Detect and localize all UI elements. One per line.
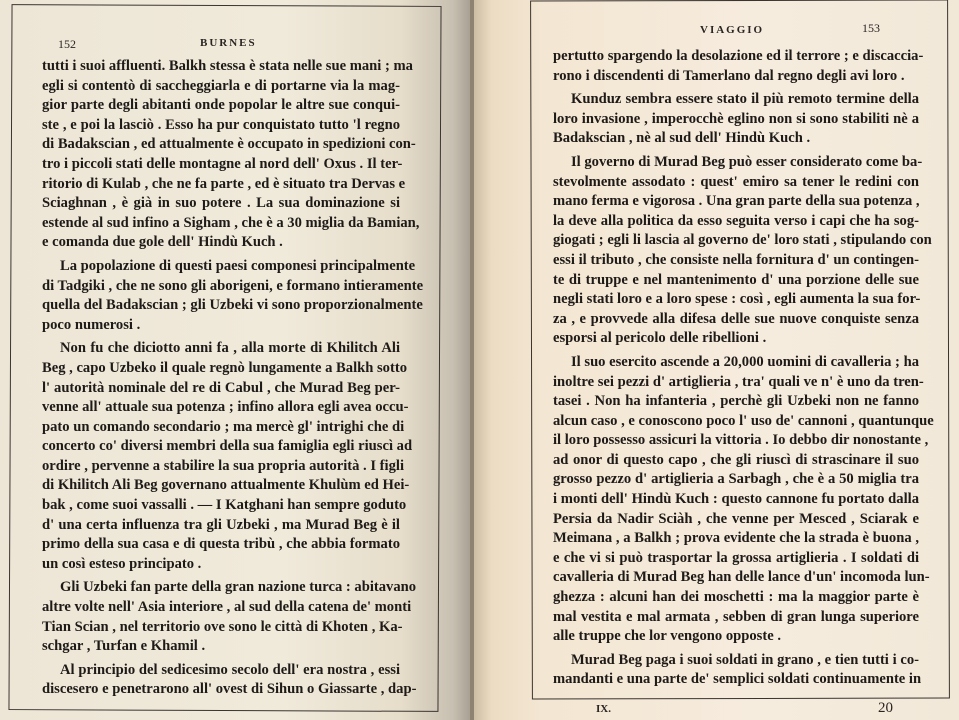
- text-line: giogati ; egli li lascia al governo de' …: [553, 231, 919, 251]
- text-line: egli si contentò di saccheggiarla e di p…: [42, 77, 400, 97]
- paragraph: Non fu che diciotto anni fa , alla morte…: [42, 339, 400, 574]
- text-line: schgar , Turfan e Khamil .: [42, 637, 400, 657]
- right-page-number: 153: [862, 21, 880, 36]
- text-line: mandanti e una parte de' semplici soldat…: [553, 670, 919, 690]
- book-spread: 152 BURNES VIAGGIO 153 tutti i suoi affl…: [0, 0, 959, 720]
- text-line: Beg , capo Uzbeko il quale regnò lungame…: [42, 359, 400, 379]
- text-line: estende al sud infino a Sigham , che è a…: [42, 214, 400, 234]
- text-line: bak , come suoi vassalli . — I Katghani …: [42, 496, 400, 516]
- paragraph: Il governo di Murad Beg può esser consid…: [553, 153, 919, 349]
- text-line: di Khilitch Ali Beg governano attualment…: [42, 476, 400, 496]
- text-line: Il suo esercito ascende a 20,000 uomini …: [553, 353, 919, 373]
- sheet-number: 20: [878, 700, 893, 717]
- text-line: Non fu che diciotto anni fa , alla morte…: [42, 339, 400, 359]
- left-page-body: tutti i suoi affluenti. Balkh stessa è s…: [42, 57, 400, 700]
- book-gutter: [470, 0, 474, 720]
- text-line: ghezza : alcuni han dei moschetti : ma l…: [553, 588, 919, 608]
- text-line: Meimana , a Balkh ; prova evidente che l…: [553, 529, 919, 549]
- left-page-number: 152: [58, 37, 76, 52]
- text-line: di Tadgiki , che ne sono gli aborigeni, …: [42, 277, 400, 297]
- text-line: alle truppe che lor vengono opposte .: [553, 627, 919, 647]
- text-line: altre volte nell' Asia interiore , al su…: [42, 598, 400, 618]
- text-line: pato un comando secondario ; ma mercè gl…: [42, 418, 400, 438]
- text-line: Al principio del sedicesimo secolo dell'…: [42, 661, 400, 681]
- paragraph: pertutto spargendo la desolazione ed il …: [553, 47, 919, 86]
- text-line: e comanda due gole dell' Hindù Kuch .: [42, 233, 400, 253]
- text-line: discesero e penetrarono all' ovest di Si…: [42, 680, 400, 700]
- text-line: esporsi al pericolo delle ribellioni .: [553, 329, 919, 349]
- text-line: negli stati loro e a loro spese : così ,…: [553, 290, 919, 310]
- text-line: ad onor di questo capo , che gli riuscì …: [553, 451, 919, 471]
- text-line: l' autorità nominale del re di Cabul , c…: [42, 379, 400, 399]
- text-line: te di truppe e nel mantenimento d' una p…: [553, 271, 919, 291]
- right-running-head: VIAGGIO: [700, 24, 764, 36]
- text-line: Gli Uzbeki fan parte della gran nazione …: [42, 578, 400, 598]
- text-line: loro invasione , imperocchè eglino non s…: [553, 110, 919, 130]
- text-line: pertutto spargendo la desolazione ed il …: [553, 47, 919, 67]
- text-line: il loro possesso assicuri la vittoria . …: [553, 431, 919, 451]
- right-page-body: pertutto spargendo la desolazione ed il …: [553, 47, 919, 690]
- text-line: stevolmente assodato : quest' emiro sa t…: [553, 173, 919, 193]
- text-line: Sciaghnan , è già in suo potere . La sua…: [42, 194, 400, 214]
- text-line: rono i discendenti di Tamerlano dal regn…: [553, 67, 919, 87]
- text-line: ste , e poi la lasciò . Esso ha pur conq…: [42, 116, 400, 136]
- text-line: venne all' attuale sua potenza ; infino …: [42, 398, 400, 418]
- text-line: essi il tributo , che consiste nella for…: [553, 251, 919, 271]
- text-line: mano ferma e vigorosa . Una gran parte d…: [553, 192, 919, 212]
- text-line: ritorio di Kulab , che ne fa parte , ed …: [42, 175, 400, 195]
- text-line: di Badakscian , ed attualmente è occupat…: [42, 135, 400, 155]
- text-line: ordire , pervenne a stabilire la sua pro…: [42, 457, 400, 477]
- paragraph: Murad Beg paga i suoi soldati in grano ,…: [553, 651, 919, 690]
- left-running-head: BURNES: [200, 37, 257, 49]
- paragraph: La popolazione di questi paesi componesi…: [42, 257, 400, 335]
- text-line: tasei . Non ha infanteria , perchè gli U…: [553, 392, 919, 412]
- text-line: quella del Badakscian ; gli Uzbeki vi so…: [42, 296, 400, 316]
- text-line: cavalleria di Murad Beg han delle lance …: [553, 568, 919, 588]
- text-line: gior parte degli abitanti onde popolar l…: [42, 96, 400, 116]
- text-line: poco numerosi .: [42, 316, 400, 336]
- text-line: tro i piccoli stati delle montagne al no…: [42, 155, 400, 175]
- paragraph: Al principio del sedicesimo secolo dell'…: [42, 661, 400, 700]
- signature-mark: IX.: [596, 703, 611, 715]
- text-line: Tian Scian , nel territorio ove sono le …: [42, 618, 400, 638]
- text-line: Badakscian , nè al sud dell' Hindù Kuch …: [553, 129, 919, 149]
- text-line: Persia da Nadir Sciàh , che venne per Me…: [553, 510, 919, 530]
- text-line: grosso pezzo d' artiglieria a Sarbagh , …: [553, 470, 919, 490]
- paragraph: Il suo esercito ascende a 20,000 uomini …: [553, 353, 919, 647]
- text-line: la deve alla politica da esso seguita ve…: [553, 212, 919, 232]
- text-line: primo della sua casa e di questa tribù ,…: [42, 535, 400, 555]
- text-line: un così esteso principato .: [42, 555, 400, 575]
- text-line: Murad Beg paga i suoi soldati in grano ,…: [553, 651, 919, 671]
- text-line: concerto co' diversi membri della sua fa…: [42, 437, 400, 457]
- text-line: tutti i suoi affluenti. Balkh stessa è s…: [42, 57, 400, 77]
- text-line: Il governo di Murad Beg può esser consid…: [553, 153, 919, 173]
- text-line: La popolazione di questi paesi componesi…: [42, 257, 400, 277]
- text-line: e che vi si può trasportar la grossa art…: [553, 549, 919, 569]
- text-line: mal vestita e mal armata , sebben di gra…: [553, 608, 919, 628]
- text-line: Kunduz sembra essere stato il più remoto…: [553, 90, 919, 110]
- paragraph: Gli Uzbeki fan parte della gran nazione …: [42, 578, 400, 656]
- paragraph: tutti i suoi affluenti. Balkh stessa è s…: [42, 57, 400, 253]
- text-line: za , e provvede alla difesa delle sue nu…: [553, 310, 919, 330]
- text-line: i monti dell' Hindù Kuch : questo cannon…: [553, 490, 919, 510]
- paragraph: Kunduz sembra essere stato il più remoto…: [553, 90, 919, 149]
- text-line: inoltre sei pezzi d' artiglieria , tra' …: [553, 373, 919, 393]
- text-line: alcun caso , e conoscono poco l' uso de'…: [553, 412, 919, 432]
- text-line: d' una certa influenza tra gli Uzbeki , …: [42, 516, 400, 536]
